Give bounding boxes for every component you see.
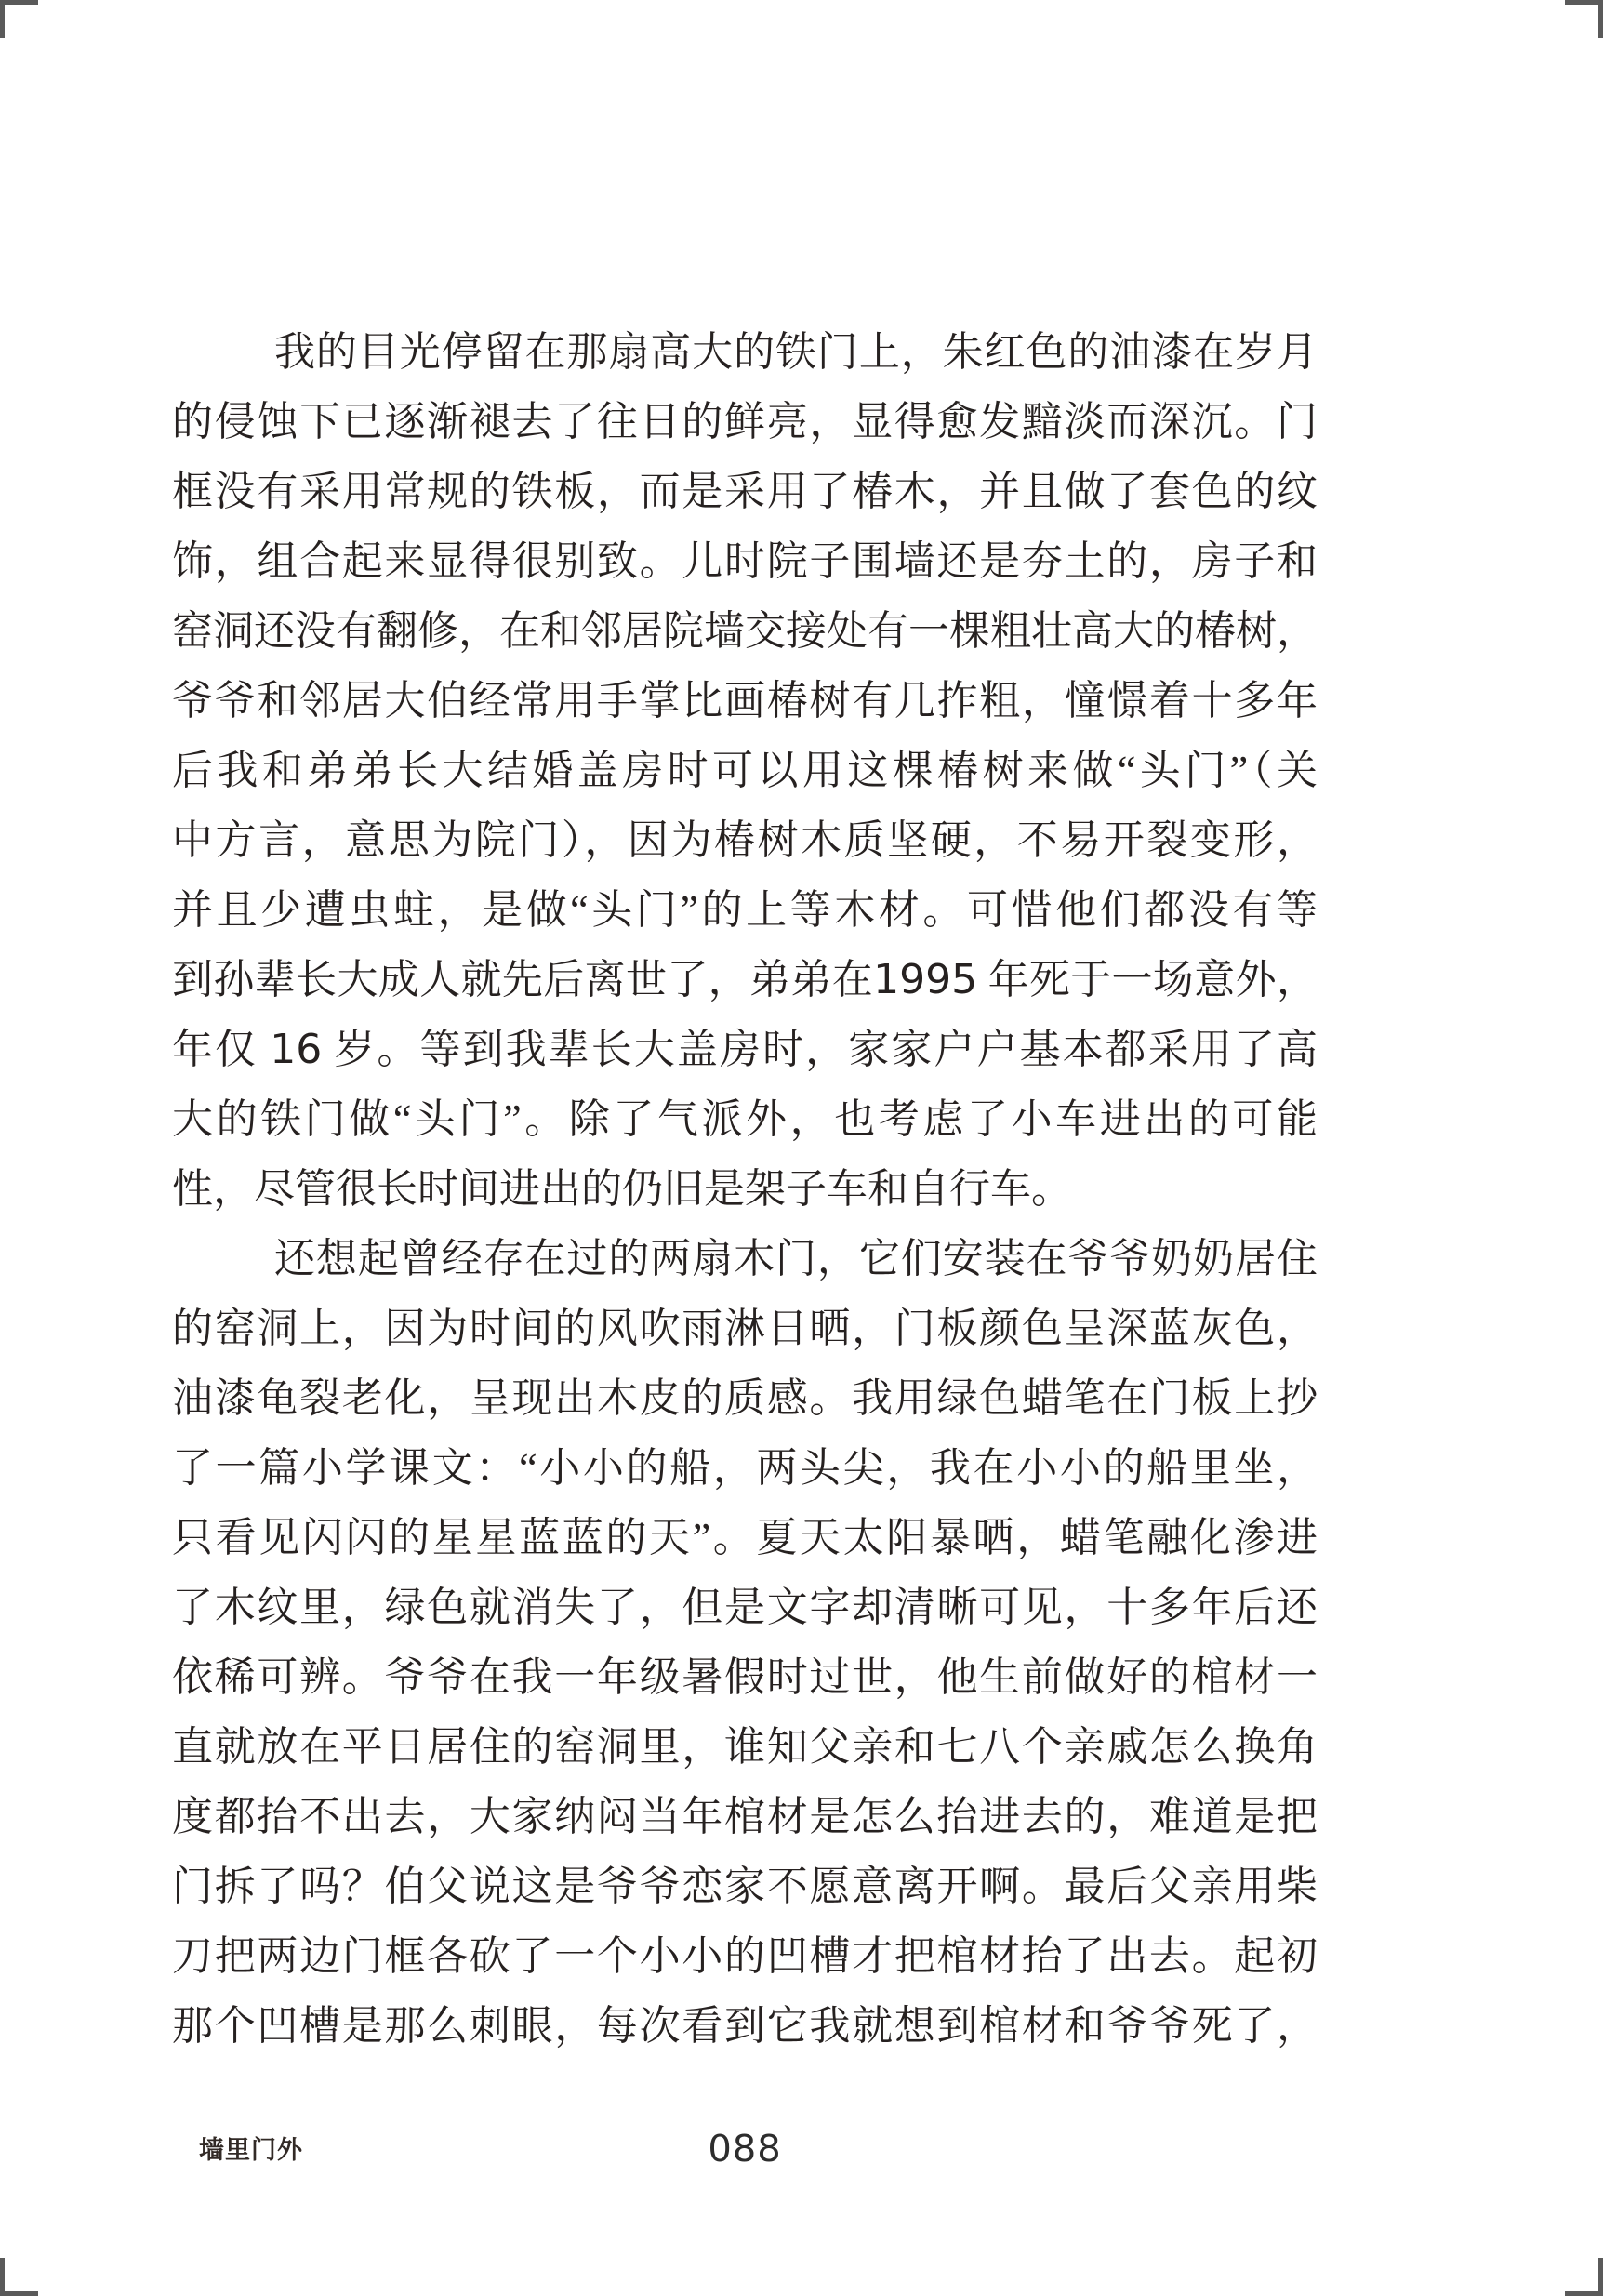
paragraph: 还想起曾经存在过的两扇木门，它们安装在爷爷奶奶居住的窑洞上，因为时间的风吹雨淋日… [172, 1224, 1318, 2061]
text-line: 并且少遭虫蛀，是做“头门”的上等木材。可惜他们都没有等 [172, 875, 1318, 945]
text-line: 到孙辈长大成人就先后离世了，弟弟在1995 年死于一场意外， [172, 945, 1318, 1015]
text-line: 的侵蚀下已逐渐褪去了往日的鲜亮，显得愈发黯淡而深沉。门 [172, 387, 1318, 457]
text-line: 只看见闪闪的星星蓝蓝的天”。夏天太阳暴晒，蜡笔融化渗进 [172, 1503, 1318, 1573]
text-line: 直就放在平日居住的窑洞里，谁知父亲和七八个亲戚怎么换角 [172, 1712, 1318, 1782]
text-line: 我的目光停留在那扇高大的铁门上，朱红色的油漆在岁月 [172, 317, 1318, 387]
text-line: 爷爷和邻居大伯经常用手掌比画椿树有几拃粗，憧憬着十多年 [172, 666, 1318, 736]
text-line: 油漆龟裂老化，呈现出木皮的质感。我用绿色蜡笔在门板上抄 [172, 1363, 1318, 1433]
page-text-block: 我的目光停留在那扇高大的铁门上，朱红色的油漆在岁月的侵蚀下已逐渐褪去了往日的鲜亮… [172, 317, 1318, 2061]
footer-page-number: 088 [708, 2128, 781, 2170]
text-line: 中方言，意思为院门），因为椿树木质坚硬，不易开裂变形， [172, 805, 1318, 875]
text-line: 大的铁门做“头门”。除了气派外，也考虑了小车进出的可能 [172, 1084, 1318, 1154]
text-line: 还想起曾经存在过的两扇木门，它们安装在爷爷奶奶居住 [172, 1224, 1318, 1294]
footer-page-row: 088 [172, 2128, 1318, 2170]
text-line: 饰，组合起来显得很别致。儿时院子围墙还是夯土的，房子和 [172, 526, 1318, 596]
paragraph: 我的目光停留在那扇高大的铁门上，朱红色的油漆在岁月的侵蚀下已逐渐褪去了往日的鲜亮… [172, 317, 1318, 1224]
text-line: 那个凹槽是那么刺眼，每次看到它我就想到棺材和爷爷死了， [172, 1991, 1318, 2061]
text-line: 门拆了吗？伯父说这是爷爷恋家不愿意离开啊。最后父亲用柴 [172, 1851, 1318, 1921]
text-line: 年仅 16 岁。等到我辈长大盖房时，家家户户基本都采用了高 [172, 1015, 1318, 1084]
corner-mark-bottom-right [1565, 2258, 1603, 2296]
text-line: 依稀可辨。爷爷在我一年级暑假时过世，他生前做好的棺材一 [172, 1642, 1318, 1712]
corner-mark-top-right [1565, 0, 1603, 38]
text-line: 后我和弟弟长大结婚盖房时可以用这棵椿树来做“头门”（关 [172, 736, 1318, 805]
text-line: 窑洞还没有翻修，在和邻居院墙交接处有一棵粗壮高大的椿树， [172, 596, 1318, 666]
text-line: 性，尽管很长时间进出的仍旧是架子车和自行车。 [172, 1154, 1318, 1224]
text-line: 了一篇小学课文：“小小的船，两头尖，我在小小的船里坐， [172, 1433, 1318, 1503]
text-line: 框没有采用常规的铁板，而是采用了椿木，并且做了套色的纹 [172, 457, 1318, 526]
book-page: 我的目光停留在那扇高大的铁门上，朱红色的油漆在岁月的侵蚀下已逐渐褪去了往日的鲜亮… [0, 0, 1603, 2296]
corner-mark-bottom-left [0, 2258, 38, 2296]
text-line: 度都抬不出去，大家纳闷当年棺材是怎么抬进去的，难道是把 [172, 1782, 1318, 1851]
text-line: 了木纹里，绿色就消失了，但是文字却清晰可见，十多年后还 [172, 1573, 1318, 1642]
text-line: 的窑洞上，因为时间的风吹雨淋日晒，门板颜色呈深蓝灰色， [172, 1294, 1318, 1363]
corner-mark-top-left [0, 0, 38, 38]
text-line: 刀把两边门框各砍了一个小小的凹槽才把棺材抬了出去。起初 [172, 1921, 1318, 1991]
